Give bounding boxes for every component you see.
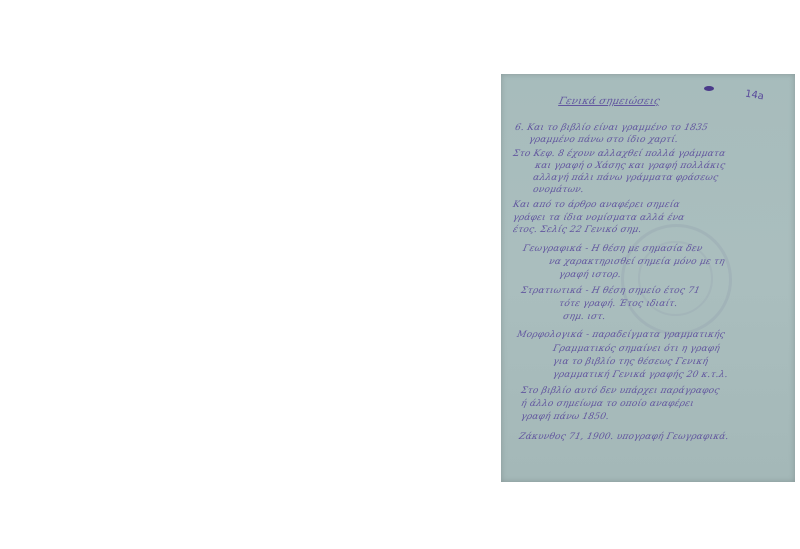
text-line: Στο βιβλίο αυτό δεν υπάρχει παράγραφος [520,386,721,397]
text-line: και γραφή ο Χάσης και γραφή πολλάκις [534,161,726,172]
text-line: ή άλλο σημείωμα το οποίο αναφέρει [520,399,695,410]
faded-stamp [621,224,732,335]
text-line: ονομάτων. [532,185,585,196]
signature-line: Ζάκυνθος 71, 1900. υπογραφή Γεωγραφικά. [518,432,730,443]
text-line: Στο Κεφ. 8 έχουν αλλαχθεί πολλά γράμματα [512,149,727,160]
page-number-mark: 14a [744,88,764,102]
section-morphological: Μορφολογικά - παραδείγματα γραμματικής [516,330,726,341]
text-line: γράφει τα ίδια νομίσματα αλλά ένα [512,213,686,224]
ink-blot [704,86,714,91]
text-line: Και από το άρθρο αναφέρει σημεία [512,200,681,211]
text-line: γραφή πάνω 1850. [520,412,610,423]
section-military: Στρατιωτικά - Η θέση σημείο έτος 71 [520,286,701,297]
section-geographic: Γεωγραφικά - Η θέση με σημασία δεν [522,244,704,255]
text-line: γραμματική Γενικά γραφής 20 κ.τ.λ. [552,370,729,381]
text-line: να χαρακτηρισθεί σημεία μόνο με τη [548,257,726,268]
text-line: για το βιβλίο της θέσεως Γενική [552,357,709,368]
text-line: αλλαγή πάλι πάνω γράμματα φράσεως [532,173,719,184]
text-line: σημ. ιστ. [562,312,607,323]
text-line: έτος. Σελίς 22 Γενικό σημ. [512,225,643,236]
handwritten-document-page: 14a Γενικά σημειώσεις 6. Και το βιβλίο ε… [501,74,795,482]
text-line: 6. Και το βιβλίο είναι γραμμένο το 1835 [514,123,709,134]
text-line: γραμμένο πάνω στο ίδιο χαρτί. [528,135,679,146]
document-heading: Γενικά σημειώσεις [558,96,661,107]
text-line: τότε γραφή. Έτος ιδιαίτ. [558,299,679,310]
text-line: Γραμματικός σημαίνει ότι η γραφή [552,344,721,355]
text-line: γραφή ιστορ. [558,270,622,281]
